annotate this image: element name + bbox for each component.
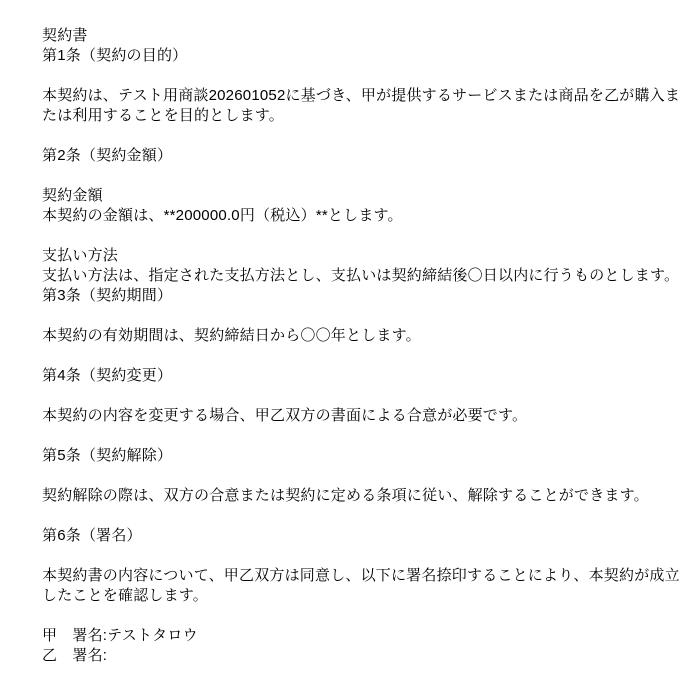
blank-line xyxy=(42,166,660,186)
blank-line xyxy=(42,306,660,326)
contract-amount-body: 本契約の金額は、**200000.0円（税込）**とします。 xyxy=(42,206,660,226)
blank-line xyxy=(42,346,660,366)
blank-line xyxy=(42,126,660,146)
article-4-body: 本契約の内容を変更する場合、甲乙双方の書面による合意が必要です。 xyxy=(42,406,660,426)
article-2-heading: 第2条（契約金額） xyxy=(42,146,660,166)
contract-document-page: 契約書 第1条（契約の目的） 本契約は、テスト用商談202601052に基づき、… xyxy=(0,0,690,690)
article-5-body: 契約解除の際は、双方の合意または契約に定める条項に従い、解除することができます。 xyxy=(42,486,660,506)
blank-line xyxy=(42,506,660,526)
article-6-heading: 第6条（署名） xyxy=(42,526,660,546)
blank-line xyxy=(42,66,660,86)
article-6-body-line-2: したことを確認します。 xyxy=(42,586,660,606)
article-3-heading: 第3条（契約期間） xyxy=(42,286,660,306)
blank-line xyxy=(42,426,660,446)
contract-amount-label: 契約金額 xyxy=(42,186,660,206)
article-6-body-line-1: 本契約書の内容について、甲乙双方は同意し、以下に署名捺印することにより、本契約が… xyxy=(42,566,660,586)
article-1-heading: 第1条（契約の目的） xyxy=(42,46,660,66)
blank-line xyxy=(42,466,660,486)
payment-method-label: 支払い方法 xyxy=(42,246,660,266)
signature-party-b: 乙 署名: xyxy=(42,646,660,666)
signature-party-a: 甲 署名:テストタロウ xyxy=(42,626,660,646)
blank-line xyxy=(42,226,660,246)
blank-line xyxy=(42,546,660,566)
blank-line xyxy=(42,606,660,626)
article-1-body-line-1: 本契約は、テスト用商談202601052に基づき、甲が提供するサービスまたは商品… xyxy=(42,86,660,106)
payment-method-body: 支払い方法は、指定された支払方法とし、支払いは契約締結後〇日以内に行うものとしま… xyxy=(42,266,660,286)
blank-line xyxy=(42,386,660,406)
article-5-heading: 第5条（契約解除） xyxy=(42,446,660,466)
article-3-body: 本契約の有効期間は、契約締結日から〇〇年とします。 xyxy=(42,326,660,346)
article-1-body-line-2: たは利用することを目的とします。 xyxy=(42,106,660,126)
document-title: 契約書 xyxy=(42,26,660,46)
article-4-heading: 第4条（契約変更） xyxy=(42,366,660,386)
